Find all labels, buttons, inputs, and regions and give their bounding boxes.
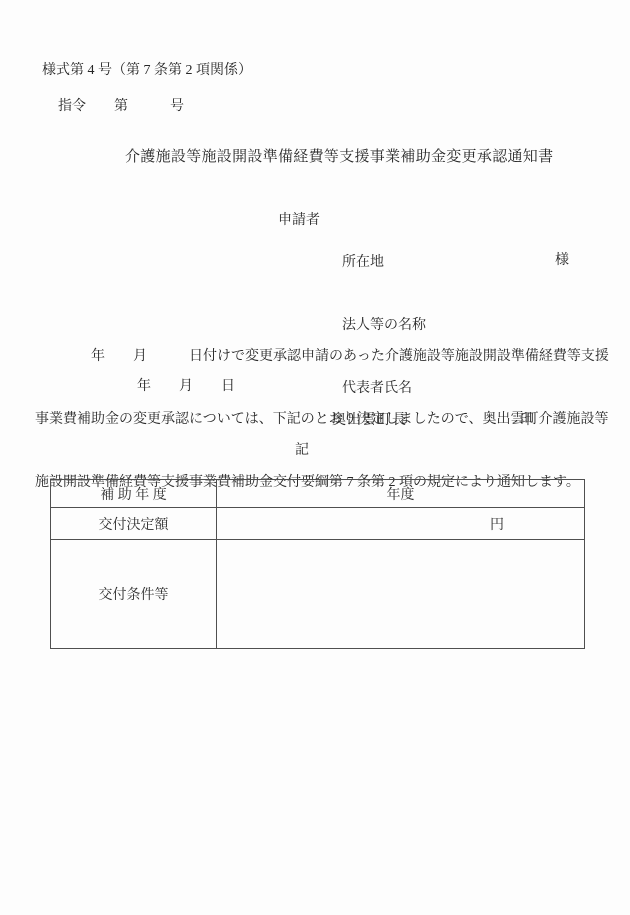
body-line-1: 年 月 日付けで変更承認申請のあった介護施設等施設開設準備経費等支援 (35, 346, 600, 367)
grant-amount-value: 円 (217, 508, 585, 540)
body-line-2: 事業費補助金の変更承認については、下記のとおり決定しましたので、奥出雲町介護施設… (35, 409, 600, 430)
directive-number-line: 指令 第 号 (58, 98, 184, 116)
signer-title: 奥出雲町長 (332, 412, 407, 430)
grant-decision-table: 補 助 年 度 年度 交付決定額 円 交付条件等 (50, 479, 585, 649)
grant-amount-label: 交付決定額 (51, 508, 217, 540)
subsidy-year-value: 年度 (217, 480, 585, 508)
grant-conditions-value (217, 540, 585, 649)
applicant-address-label: 所在地 (342, 252, 426, 273)
seal-mark: 印 (520, 412, 534, 430)
form-number-line: 様式第 4 号（第 7 条第 2 項関係） (42, 62, 252, 80)
ki-heading: 記 (295, 442, 309, 460)
date-line: 年 月 日 (137, 378, 235, 396)
grant-conditions-label: 交付条件等 (51, 540, 217, 649)
document-page: 様式第 4 号（第 7 条第 2 項関係） 指令 第 号 介護施設等施設開設準備… (0, 0, 630, 915)
table-row-subsidy-year: 補 助 年 度 年度 (51, 480, 585, 508)
document-title: 介護施設等施設開設準備経費等支援事業補助金変更承認通知書 (125, 148, 553, 166)
honorific-sama: 様 (555, 252, 569, 270)
table-row-grant-conditions: 交付条件等 (51, 540, 585, 649)
subsidy-year-label: 補 助 年 度 (51, 480, 217, 508)
table-row-grant-amount: 交付決定額 円 (51, 508, 585, 540)
